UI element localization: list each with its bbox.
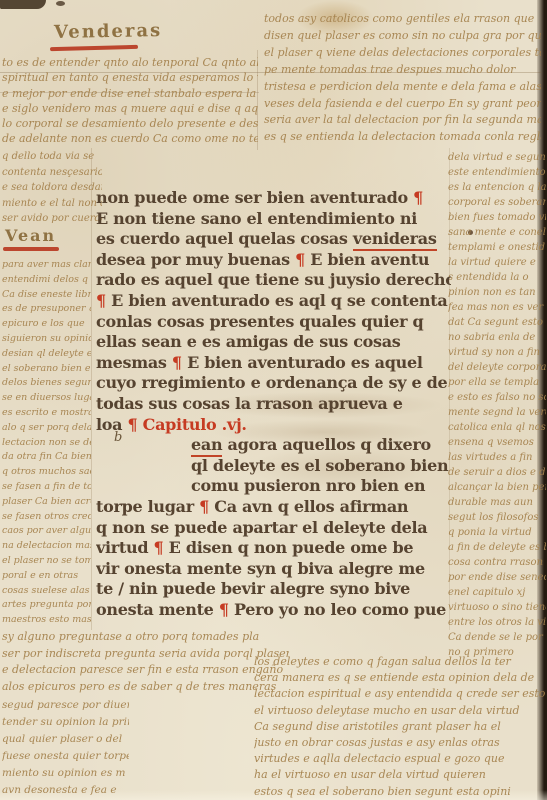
text-line: por ella se templa	[448, 375, 546, 390]
text-line: durable mas aun	[448, 495, 546, 510]
text-line: veses dela fasienda e del cuerpo En sy g…	[264, 96, 541, 113]
main-text-block: non puede ome ser bien aventurado ¶E non…	[96, 188, 451, 620]
rubric-text: ¶ Capitulo .vj.	[128, 415, 247, 434]
text-line: no sabria enla de	[448, 330, 546, 345]
text-line: poral e en otras	[2, 569, 91, 584]
text-line: delos bienes segunt	[2, 376, 91, 391]
text-line: torpe lugar ¶ Ca avn q ellos afirman	[96, 497, 451, 518]
text-line: seria aver la tal delectacion por fin la…	[264, 112, 541, 129]
text-line: del deleyte corporal	[448, 360, 546, 375]
text-line: cuyo rregimiento e ordenança de sy e de	[96, 373, 451, 394]
text-line: la virtud quiere e	[448, 255, 546, 270]
text-line: mente segnd la verdat	[448, 405, 546, 420]
text-line: conlas cosas presentes quales quier q	[96, 312, 451, 333]
text-line: se fasen otros crec	[2, 510, 91, 525]
text-line: el plaser no se toma	[2, 554, 91, 569]
text-line: sy alguno preguntase a otro porq tomades…	[2, 629, 289, 646]
gloss-top-left: to es de entender qnto alo tenporal Ca q…	[2, 55, 258, 147]
red-underline-venderas	[50, 45, 138, 51]
text-line: los deleytes e como q fagan salua dellos…	[254, 654, 545, 670]
text-line: lectacion non se deriua	[2, 436, 91, 451]
red-underline-vean	[3, 247, 59, 251]
text-line: el soberano bien e fin	[2, 362, 91, 377]
red-underlined-word: ean	[191, 435, 222, 457]
text-line: epicuro e los que	[2, 317, 91, 332]
text-line: Ca dende se le por osi	[448, 630, 546, 645]
text-line: corporal es soberano	[448, 195, 546, 210]
manuscript-page: Venderas Vean to es de entender qnto alo…	[0, 0, 547, 800]
text-line: dela virtud e segunt	[448, 150, 546, 165]
text-line: siguieron su opinion	[2, 332, 91, 347]
text-line: Ca segund dise aristotiles grant plaser …	[254, 719, 545, 735]
gloss-left-margin: para aver mas claroentendimi delos q seC…	[2, 258, 91, 628]
text-line: de adelante non es cuerdo Ca como ome no…	[2, 131, 258, 146]
text-line: ensena q vsemos	[448, 435, 546, 450]
text-line: enel capitulo xj	[448, 585, 546, 600]
text-line: el plaser q viene delas delectaciones co…	[264, 45, 541, 62]
text-line: virtudes e aqlla delectacio espual e goz…	[254, 751, 545, 767]
text-line: non puede ome ser bien aventurado ¶	[96, 188, 451, 209]
text-line: todas sus cosas la rrason aprueva e	[96, 394, 451, 415]
text-line: comu pusieron nro bien en	[96, 476, 451, 497]
text-line: es escrito e mostrase	[2, 406, 91, 421]
text-line: lo corporal se desamiento delo presente …	[2, 116, 258, 131]
text-line: cera manera es q se entiende esta opinio…	[254, 670, 545, 686]
text-line: ql deleyte es el soberano bien	[96, 456, 451, 477]
text-line: na delectacion mas	[2, 539, 91, 554]
text-line: te / nin puede bevir alegre syno bive	[96, 579, 451, 600]
text-line: pinion non es tan	[448, 285, 546, 300]
text-line: fea mas non es ver	[448, 300, 546, 315]
text-line: para aver mas claro	[2, 258, 91, 273]
text-line: ser avido por cuerdo &c.	[2, 211, 102, 227]
text-line: maestros esto mas	[2, 613, 91, 628]
pilcrow-mark: ¶	[96, 291, 106, 310]
text-line: e mejor por ende dise enel stanbalo espe…	[2, 86, 258, 101]
text-line: avn desonesta e fea e	[2, 782, 129, 799]
gloss-bottom-right: los deleytes e como q fagan salua dellos…	[254, 654, 545, 800]
text-line: es cuerdo aquel quelas cosas venideras	[96, 229, 451, 250]
text-line: to es de entender qnto alo tenporal Ca q…	[2, 55, 258, 70]
text-line: onesta mente ¶ Pero yo no leo como pue	[96, 600, 451, 621]
text-line: bien fues tomado viçio	[448, 210, 546, 225]
margin-heading-vean: Vean	[5, 226, 56, 245]
text-line: desea por muy buenas ¶ E bien aventu	[96, 250, 451, 271]
text-line: lectacion espiritual e asy entendida q c…	[254, 686, 545, 702]
pilcrow-mark: ¶	[219, 600, 229, 619]
text-line: estos q sea el soberano bien segunt esta…	[254, 784, 545, 800]
text-line: da otra fin Ca bien q	[2, 450, 91, 465]
text-line: alcançar la bien per	[448, 480, 546, 495]
text-line: entre los otros la virtud	[448, 615, 546, 630]
gloss-right-margin: dela virtud e segunteste entendimientoes…	[448, 150, 546, 660]
gloss-top-left-narrow: q dello toda via secontenta nesçesarioe …	[2, 149, 102, 227]
text-line: e delectacion paresce ser fin e esta rra…	[2, 662, 289, 679]
text-line: de seruir a dios e de	[448, 465, 546, 480]
text-line: segut los filosofos	[448, 510, 546, 525]
gloss-bottom-left-wide: sy alguno preguntase a otro porq tomades…	[2, 629, 289, 695]
text-line: las virtudes a fin	[448, 450, 546, 465]
text-line: desian ql deleyte es	[2, 347, 91, 362]
text-line: plaser Ca bien acre	[2, 495, 91, 510]
text-line: el virtuoso deleytase mucho en usar dela…	[254, 703, 545, 719]
text-line: qual quier plaser o del	[2, 731, 129, 748]
text-line: fuese onesta quier torpe	[2, 748, 129, 765]
text-line: catolica enla ql nos	[448, 420, 546, 435]
text-line: mesmas ¶ E bien aventurado es aquel	[96, 353, 451, 374]
text-line: tender su opinion la prim	[2, 714, 129, 731]
pilcrow-mark: ¶	[128, 415, 138, 434]
red-underlined-word: venideras	[353, 229, 437, 251]
text-line: artes pregunta por	[2, 598, 91, 613]
text-line: cosa contra rrason e	[448, 555, 546, 570]
text-line: Ca dise eneste libro	[2, 288, 91, 303]
ink-smudge-top-left	[0, 0, 46, 9]
text-line: se fasen a fin de toma	[2, 480, 91, 495]
text-line: q dello toda via se	[2, 149, 102, 165]
text-line: virtud ¶ E disen q non puede ome be	[96, 538, 451, 559]
text-line: E non tiene sano el entendimiento ni	[96, 209, 451, 230]
text-line: dat Ca segunt esto	[448, 315, 546, 330]
pilcrow-mark: ¶	[413, 188, 423, 207]
text-line: segud paresce por diuersas	[2, 697, 129, 714]
text-line: q non se puede apartar el deleyte dela	[96, 518, 451, 539]
text-line: e esto es falso no sola	[448, 390, 546, 405]
text-line: sana mente e conel	[448, 225, 546, 240]
text-line: spiritual en tanto q enesta vida esperam…	[2, 70, 258, 85]
section-heading-venderas: Venderas	[54, 20, 163, 43]
text-line: e siglo venidero mas q muere aqui e dise…	[2, 101, 258, 116]
gloss-bottom-left-narrow: segud paresce por diuersastender su opin…	[2, 697, 129, 798]
text-line: todos asy catolicos como gentiles ela rr…	[264, 11, 541, 28]
text-line: es la entencion q la alegr	[448, 180, 546, 195]
text-line: alos epicuros pero es de saber q de tres…	[2, 679, 289, 696]
text-line: pe mente tomadas trae despues mucho dolo…	[264, 62, 541, 79]
text-line: ser por indiscreta pregunta seria avida …	[2, 646, 289, 663]
text-line: miento su opinion es m	[2, 765, 129, 782]
text-line: se en diuersos lugares	[2, 391, 91, 406]
text-line: contenta nesçesario	[2, 165, 102, 181]
text-line: q otros muchos saca	[2, 465, 91, 480]
pilcrow-mark: ¶	[172, 353, 182, 372]
pilcrow-mark: ¶	[295, 250, 305, 269]
text-line: e sea toldora desdan	[2, 180, 102, 196]
text-line: miento e el tal non deue	[2, 196, 102, 212]
text-line: ¶ E bien aventurado es aql q se contenta	[96, 291, 451, 312]
text-line: loa ¶ Capitulo .vj.	[96, 415, 451, 436]
text-line: entendimi delos q se	[2, 273, 91, 288]
text-line: caos por aver algu	[2, 524, 91, 539]
text-line: este entendimiento	[448, 165, 546, 180]
text-line: virtud sy non a fin	[448, 345, 546, 360]
text-line: q ponia la virtud	[448, 525, 546, 540]
text-line: templami e onestid	[448, 240, 546, 255]
text-line: tristesa e perdicion dela mente e dela f…	[264, 79, 541, 96]
text-line: es q se entienda la delectacion tomada c…	[264, 129, 541, 146]
text-line: virtuoso o sino tiene	[448, 600, 546, 615]
pilcrow-mark: ¶	[199, 497, 209, 516]
text-line: ean agora aquellos q dixero	[96, 435, 451, 456]
text-line: por ende dise seneca	[448, 570, 546, 585]
text-line: alo q ser porq dela de	[2, 421, 91, 436]
text-line: justo en obrar cosas justas e asy enlas …	[254, 735, 545, 751]
text-line: vir onesta mente syn q biva alegre me	[96, 559, 451, 580]
text-line: es de presuponer q	[2, 302, 91, 317]
text-line: a fin de deleyte es bn	[448, 540, 546, 555]
ink-smudge-top-left-2	[56, 1, 65, 6]
text-line: ellas sean e es amigas de sus cosas	[96, 332, 451, 353]
text-line: disen quel plaser es como sin no culpa g…	[264, 28, 541, 45]
margin-mark: b	[114, 430, 122, 445]
text-line: s entendida la o	[448, 270, 546, 285]
text-line: cosas suelese alas	[2, 584, 91, 599]
pilcrow-mark: ¶	[154, 538, 164, 557]
text-line: rado es aquel que tiene su juysio derech…	[96, 270, 451, 291]
text-line: ha el virtuoso en usar dela virtud quier…	[254, 767, 545, 783]
gloss-top-right: todos asy catolicos como gentiles ela rr…	[264, 11, 541, 146]
